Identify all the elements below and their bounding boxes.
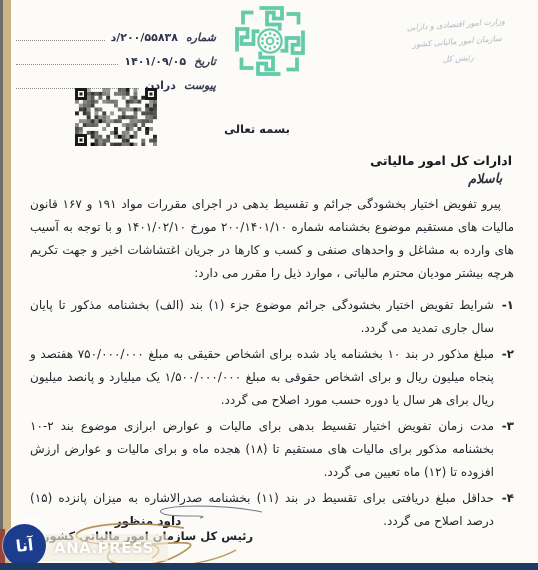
scanned-letter: وزارت امور اقتصادی و دارایی سازمان امور … (0, 0, 538, 570)
item-number: ۴- (502, 487, 514, 510)
number-value: د/۲۰۰/۵۵۸۳۸ (111, 31, 178, 44)
recipient-title: ادارات کل امور مالیاتی (30, 153, 512, 168)
signer-name: داود منظور (42, 514, 254, 528)
date-label: تاریخ (194, 55, 216, 68)
letterhead-ministry: وزارت امور اقتصادی و دارایی سازمان امور … (380, 11, 533, 73)
item-text: شرایط تفویض اختیار بخشودگی جرائم موضوع ج… (30, 298, 494, 335)
besmele: بسمه تعالی (30, 122, 484, 136)
item-number: ۱- (502, 294, 514, 317)
scan-edge-paper (3, 0, 11, 570)
intro-paragraph: پیرو تفویض اختیار بخشودگی جرائم و تقسیط … (30, 193, 514, 285)
letter-meta: شماره د/۲۰۰/۵۵۸۳۸ تاریخ ۱۴۰۱/۰۹/۰۵ پیوست… (14, 20, 216, 92)
list-item: ۱- شرایط تفویض اختیار بخشودگی جرائم موضو… (30, 294, 514, 340)
number-label: شماره (186, 31, 216, 44)
item-text: مدت زمان تفویض اختیار تقسیط بدهی برای ما… (30, 419, 494, 479)
item-number: ۳- (502, 415, 514, 438)
attachment-label: پیوست (184, 79, 216, 92)
meta-number-row: شماره د/۲۰۰/۵۵۸۳۸ (14, 20, 216, 44)
salutation: باسلام (467, 171, 502, 187)
tax-administration-emblem-icon (231, 5, 309, 77)
bottom-bar (0, 563, 538, 570)
meta-date-row: تاریخ ۱۴۰۱/۰۹/۰۵ (14, 44, 216, 68)
list-item: ۲- مبلغ مذکور در بند ۱۰ بخشنامه یاد شده … (30, 343, 514, 412)
dotted-line (16, 40, 105, 41)
watermark-brand: ANA.PRESS (54, 539, 154, 557)
dotted-line (16, 64, 118, 65)
ana-press-logo-icon: آنا (3, 524, 46, 567)
item-number: ۲- (502, 343, 514, 366)
date-value: ۱۴۰۱/۰۹/۰۵ (124, 55, 186, 68)
list-item: ۳- مدت زمان تفویض اختیار تقسیط بدهی برای… (30, 415, 514, 484)
item-text: مبلغ مذکور در بند ۱۰ بخشنامه یاد شده برا… (30, 347, 494, 407)
letter-body: بسمه تعالی ادارات کل امور مالیاتی باسلام… (30, 116, 514, 536)
